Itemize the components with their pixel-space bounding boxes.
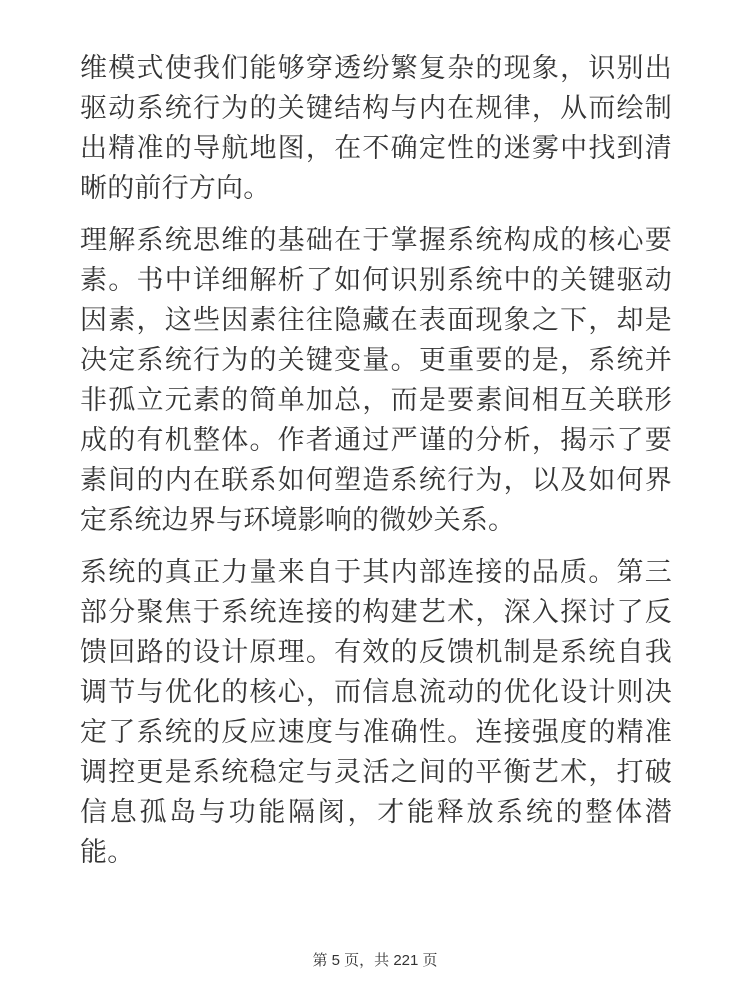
page-content: 维模式使我们能够穿透纷繁复杂的现象，识别出驱动系统行为的关键结构与内在规律，从而…	[0, 0, 750, 872]
page-number-indicator: 第 5 页，共 221 页	[312, 952, 437, 969]
page-footer: 第 5 页，共 221 页	[0, 952, 750, 970]
paragraph-3: 系统的真正力量来自于其内部连接的品质。第三部分聚焦于系统连接的构建艺术，深入探讨…	[80, 552, 672, 872]
document-page: 维模式使我们能够穿透纷繁复杂的现象，识别出驱动系统行为的关键结构与内在规律，从而…	[0, 0, 750, 1000]
paragraph-2: 理解系统思维的基础在于掌握系统构成的核心要素。书中详细解析了如何识别系统中的关键…	[80, 220, 672, 540]
paragraph-1: 维模式使我们能够穿透纷繁复杂的现象，识别出驱动系统行为的关键结构与内在规律，从而…	[80, 48, 672, 208]
